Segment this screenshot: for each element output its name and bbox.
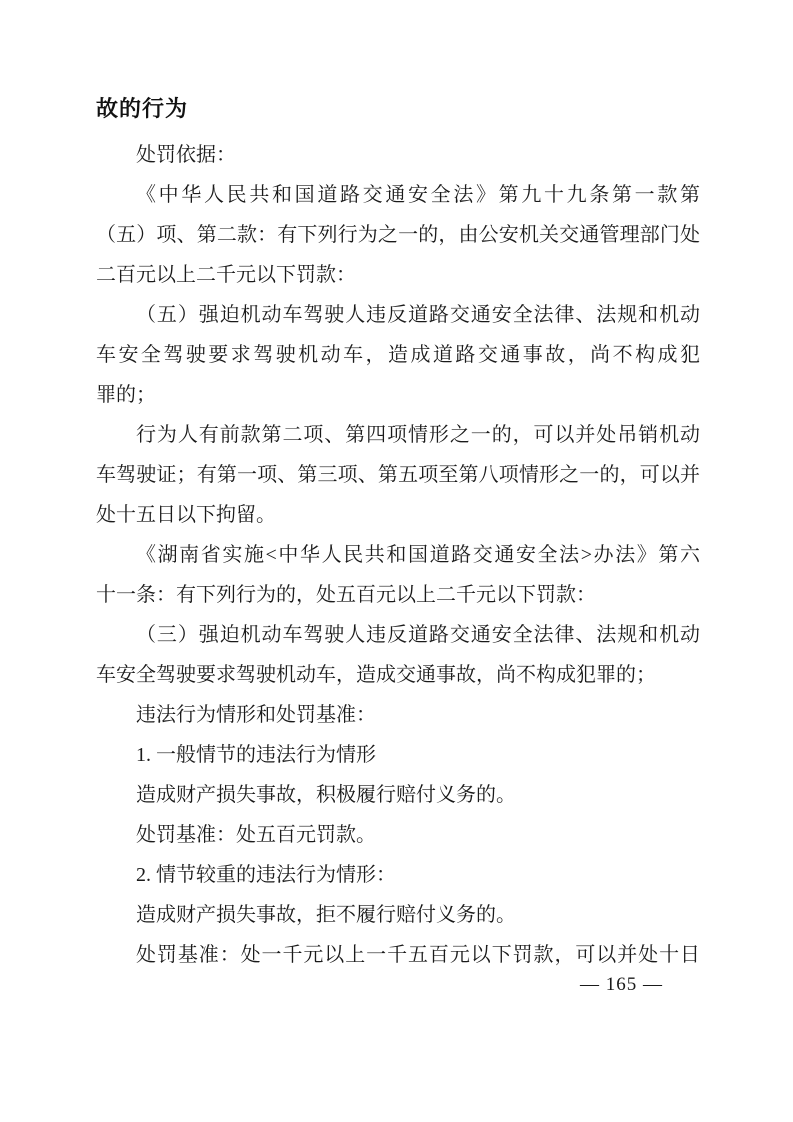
page-content: 故的行为 处罚依据：《中华人民共和国道路交通安全法》第九十九条第一款第（五）项、… — [96, 96, 700, 975]
paragraph: 1. 一般情节的违法行为情形 — [96, 735, 700, 775]
paragraph: 处罚基准：处一千元以上一千五百元以下罚款，可以并处十日 — [96, 935, 700, 975]
text-line: 罪的； — [96, 375, 700, 415]
paragraph: （三）强迫机动车驾驶人违反道路交通安全法律、法规和机动车安全驾驶要求驾驶机动车，… — [96, 615, 700, 695]
text-line: 处罚依据： — [96, 135, 700, 175]
text-line: 车安全驾驶要求驾驶机动车，造成交通事故，尚不构成犯罪的； — [96, 655, 700, 695]
text-line: 造成财产损失事故，拒不履行赔付义务的。 — [96, 895, 700, 935]
text-line: 二百元以上二千元以下罚款： — [96, 255, 700, 295]
text-line: 违法行为情形和处罚基准： — [96, 695, 700, 735]
page-number: — 165 — — [580, 971, 663, 999]
text-line: 《湖南省实施<中华人民共和国道路交通安全法>办法》第六 — [96, 535, 700, 575]
text-line: 十一条：有下列行为的，处五百元以上二千元以下罚款： — [96, 575, 700, 615]
paragraph: 违法行为情形和处罚基准： — [96, 695, 700, 735]
paragraph: 处罚依据： — [96, 135, 700, 175]
body-text: 处罚依据：《中华人民共和国道路交通安全法》第九十九条第一款第（五）项、第二款：有… — [96, 135, 700, 975]
paragraph: 《中华人民共和国道路交通安全法》第九十九条第一款第（五）项、第二款：有下列行为之… — [96, 175, 700, 295]
paragraph: 《湖南省实施<中华人民共和国道路交通安全法>办法》第六十一条：有下列行为的，处五… — [96, 535, 700, 615]
text-line: 1. 一般情节的违法行为情形 — [96, 735, 700, 775]
text-line: 车安全驾驶要求驾驶机动车，造成道路交通事故，尚不构成犯 — [96, 335, 700, 375]
paragraph: 造成财产损失事故，积极履行赔付义务的。 — [96, 775, 700, 815]
text-line: 2. 情节较重的违法行为情形： — [96, 855, 700, 895]
paragraph: 造成财产损失事故，拒不履行赔付义务的。 — [96, 895, 700, 935]
paragraph: 处罚基准：处五百元罚款。 — [96, 815, 700, 855]
text-line: 《中华人民共和国道路交通安全法》第九十九条第一款第 — [96, 175, 700, 215]
paragraph: 2. 情节较重的违法行为情形： — [96, 855, 700, 895]
text-line: （五）强迫机动车驾驶人违反道路交通安全法律、法规和机动 — [96, 295, 700, 335]
text-line: 处罚基准：处五百元罚款。 — [96, 815, 700, 855]
text-line: 车驾驶证；有第一项、第三项、第五项至第八项情形之一的，可以并 — [96, 455, 700, 495]
text-line: （五）项、第二款：有下列行为之一的，由公安机关交通管理部门处 — [96, 215, 700, 255]
text-line: 处十五日以下拘留。 — [96, 495, 700, 535]
paragraph: （五）强迫机动车驾驶人违反道路交通安全法律、法规和机动车安全驾驶要求驾驶机动车，… — [96, 295, 700, 415]
paragraph: 行为人有前款第二项、第四项情形之一的，可以并处吊销机动车驾驶证；有第一项、第三项… — [96, 415, 700, 535]
text-line: 处罚基准：处一千元以上一千五百元以下罚款，可以并处十日 — [96, 935, 700, 975]
page-heading: 故的行为 — [96, 96, 700, 122]
text-line: 造成财产损失事故，积极履行赔付义务的。 — [96, 775, 700, 815]
text-line: 行为人有前款第二项、第四项情形之一的，可以并处吊销机动 — [96, 415, 700, 455]
document-page: 故的行为 处罚依据：《中华人民共和国道路交通安全法》第九十九条第一款第（五）项、… — [0, 0, 793, 1122]
text-line: （三）强迫机动车驾驶人违反道路交通安全法律、法规和机动 — [96, 615, 700, 655]
